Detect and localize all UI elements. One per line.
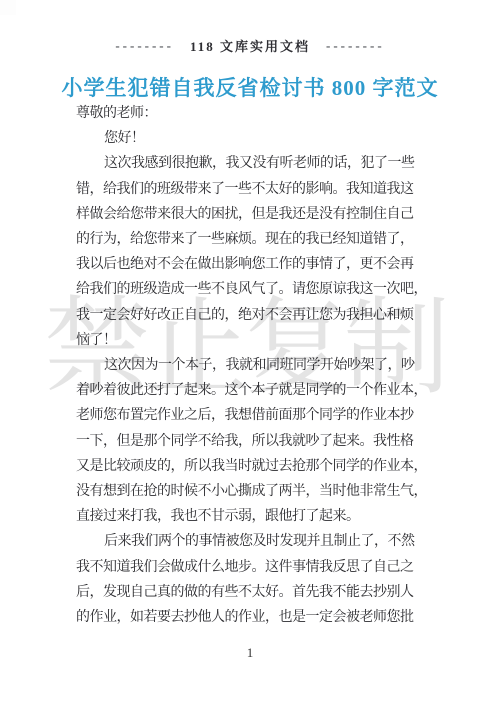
scan-corner-artifact <box>0 0 16 15</box>
page-title: 小学生犯错自我反省检讨书 800 字范文 <box>0 72 500 102</box>
essay-line: 我一定会好好改正自己的，绝对不会再让您为我担心和烦 <box>76 303 428 328</box>
essay-line: 我以后也绝对不会在做出影响您工作的事情了，更不会再 <box>76 252 428 277</box>
essay-line: 后来我们两个的事情被您及时发现并且制止了，不然 <box>76 529 428 554</box>
essay-line: 尊敬的老师： <box>76 101 428 126</box>
essay-line: 又是比较顽皮的，所以我当时就过去抢那个同学的作业本， <box>76 454 428 479</box>
essay-line: 后，发现自己真的做的有些不太好。首先我不能去抄别人 <box>76 580 428 605</box>
essay-line: 着吵着彼此还打了起来。这个本子就是同学的一个作业本， <box>76 378 428 403</box>
essay-line: 恼了！ <box>76 328 428 353</box>
essay-line: 这次因为一个本子，我就和同班同学开始吵架了，吵 <box>76 353 428 378</box>
header-brand: 118 文库实用文档 <box>190 36 310 55</box>
page-number: 1 <box>0 645 500 661</box>
essay-line: 的行为，给您带来了一些麻烦。现在的我已经知道错了， <box>76 227 428 252</box>
essay-line: 一下，但是那个同学不给我，所以我就吵了起来。我性格 <box>76 429 428 454</box>
essay-line: 给我们的班级造成一些不良风气了。请您原谅我这一次吧， <box>76 277 428 302</box>
essay-line: 我不知道我们会做成什么地步。这件事情我反思了自己之 <box>76 555 428 580</box>
essay-line: 直接过来打我，我也不甘示弱，跟他打了起来。 <box>76 504 428 529</box>
essay-line: 错，给我们的班级带来了一些不太好的影响。我知道我这 <box>76 177 428 202</box>
essay-line: 老师您布置完作业之后，我想借前面那个同学的作业本抄 <box>76 403 428 428</box>
essay-body: 尊敬的老师：您好！这次我感到很抱歉，我又没有听老师的话，犯了一些错，给我们的班级… <box>76 101 428 630</box>
document-page: -------- 118 文库实用文档 -------- 小学生犯错自我反省检讨… <box>0 0 500 707</box>
essay-line: 没有想到在抢的时候不小心撕成了两半，当时他非常生气， <box>76 479 428 504</box>
header-dashes-left: -------- <box>115 38 174 54</box>
header-dashes-right: -------- <box>326 38 385 54</box>
essay-line: 样做会给您带来很大的困扰，但是我还是没有控制住自己 <box>76 202 428 227</box>
essay-line: 您好！ <box>76 126 428 151</box>
document-header: -------- 118 文库实用文档 -------- <box>0 36 500 55</box>
essay-line: 的作业，如若要去抄他人的作业，也是一定会被老师您批 <box>76 605 428 630</box>
essay-line: 这次我感到很抱歉，我又没有听老师的话，犯了一些 <box>76 151 428 176</box>
